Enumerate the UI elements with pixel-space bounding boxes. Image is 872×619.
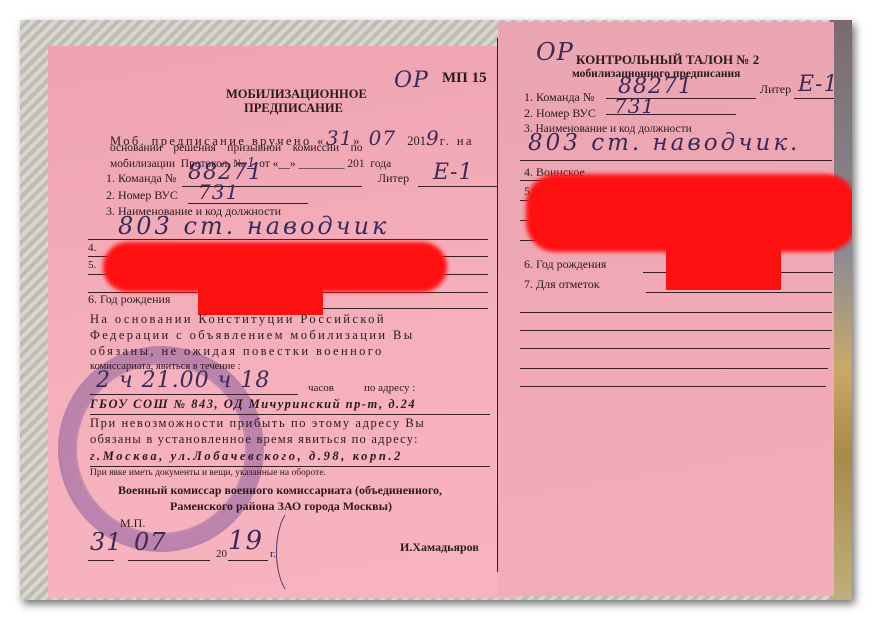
control-coupon-page: ОР КОНТРОЛЬНЫЙ ТАЛОН № 2 мобилизационног… bbox=[498, 22, 834, 596]
address-primary: ГБОУ СОШ № 843, ОД Мичуринский пр-т, д.2… bbox=[90, 397, 416, 412]
field6-label: 6. Год рождения bbox=[88, 292, 170, 307]
field2-label: 2. Номер ВУС bbox=[524, 106, 596, 121]
commissar-line2: Раменского района ЗАО города Москвы) bbox=[170, 499, 392, 514]
field2-label: 2. Номер ВУС bbox=[106, 188, 178, 203]
ink-code: ОР bbox=[536, 38, 574, 66]
form-code: МП 15 bbox=[442, 70, 487, 87]
commissar-line1: Военный комиссар военного комиссариата (… bbox=[118, 483, 442, 498]
field2-value: 731 bbox=[198, 180, 239, 204]
liter-label: Литер bbox=[378, 171, 409, 186]
document-photo: ОР МП 15 МОБИЛИЗАЦИОННОЕ ПРЕДПИСАНИЕ Моб… bbox=[20, 20, 852, 600]
redacted-personal-info bbox=[103, 242, 447, 292]
liter-value: Е-1 bbox=[798, 72, 839, 97]
field1-label: 1. Команда № bbox=[524, 90, 594, 105]
mobilization-order-page: ОР МП 15 МОБИЛИЗАЦИОННОЕ ПРЕДПИСАНИЕ Моб… bbox=[48, 46, 518, 598]
issued-month: 07 bbox=[369, 126, 396, 150]
issued-year: 9 bbox=[426, 126, 440, 150]
title-line-2: ПРЕДПИСАНИЕ bbox=[244, 101, 343, 116]
ink-code: ОР bbox=[394, 68, 429, 93]
field4-label: 4. bbox=[88, 242, 96, 254]
sign-month: 07 bbox=[134, 528, 167, 556]
field1-label: 1. Команда № bbox=[106, 171, 176, 186]
title-line-1: МОБИЛИЗАЦИОННОЕ bbox=[226, 87, 367, 102]
field6-label: 6. Год рождения bbox=[524, 257, 606, 272]
address-label: по адресу : bbox=[364, 382, 415, 394]
liter-value: Е-1 bbox=[433, 160, 474, 185]
field5-label: 5. bbox=[88, 259, 96, 271]
basis-line: основании решения призывной комиссии по bbox=[110, 142, 363, 154]
para2-line1: При невозможности прибыть по этому адрес… bbox=[90, 416, 425, 431]
coupon-title: КОНТРОЛЬНЫЙ ТАЛОН № 2 bbox=[576, 52, 759, 68]
field7-label: 7. Для отметок bbox=[524, 277, 600, 292]
sign-day: 31 bbox=[90, 528, 123, 556]
para1-line3: обязаны, не ожидая повестки военного bbox=[90, 344, 384, 359]
liter-label: Литер bbox=[760, 82, 791, 97]
time-value: 2 ч 21.00 ч 18 bbox=[96, 368, 270, 393]
redacted-birth-year bbox=[666, 240, 781, 290]
para1-line2: Федерации с объявлением мобилизации Вы bbox=[90, 328, 415, 343]
para1-line1: На основании Конституции Российской bbox=[90, 312, 386, 327]
redacted-birth-year bbox=[198, 287, 323, 315]
sign-year-prefix: 20 bbox=[216, 548, 227, 560]
para2-line2: обязаны в установленное время явиться по… bbox=[90, 432, 419, 447]
field3-value: 803 ст. наводчик. bbox=[528, 130, 800, 156]
hours-label: часов bbox=[308, 382, 334, 394]
signature-stroke bbox=[276, 506, 318, 598]
note: При явке иметь документы и вещи, указанн… bbox=[90, 468, 326, 478]
address-alternate: г.Москва, ул.Лобачевского, д.98, корп.2 bbox=[90, 449, 403, 464]
field3-value: 803 ст. наводчик bbox=[118, 212, 389, 240]
sign-year: 19 bbox=[228, 526, 263, 556]
signatory: И.Хамадьяров bbox=[400, 540, 479, 555]
